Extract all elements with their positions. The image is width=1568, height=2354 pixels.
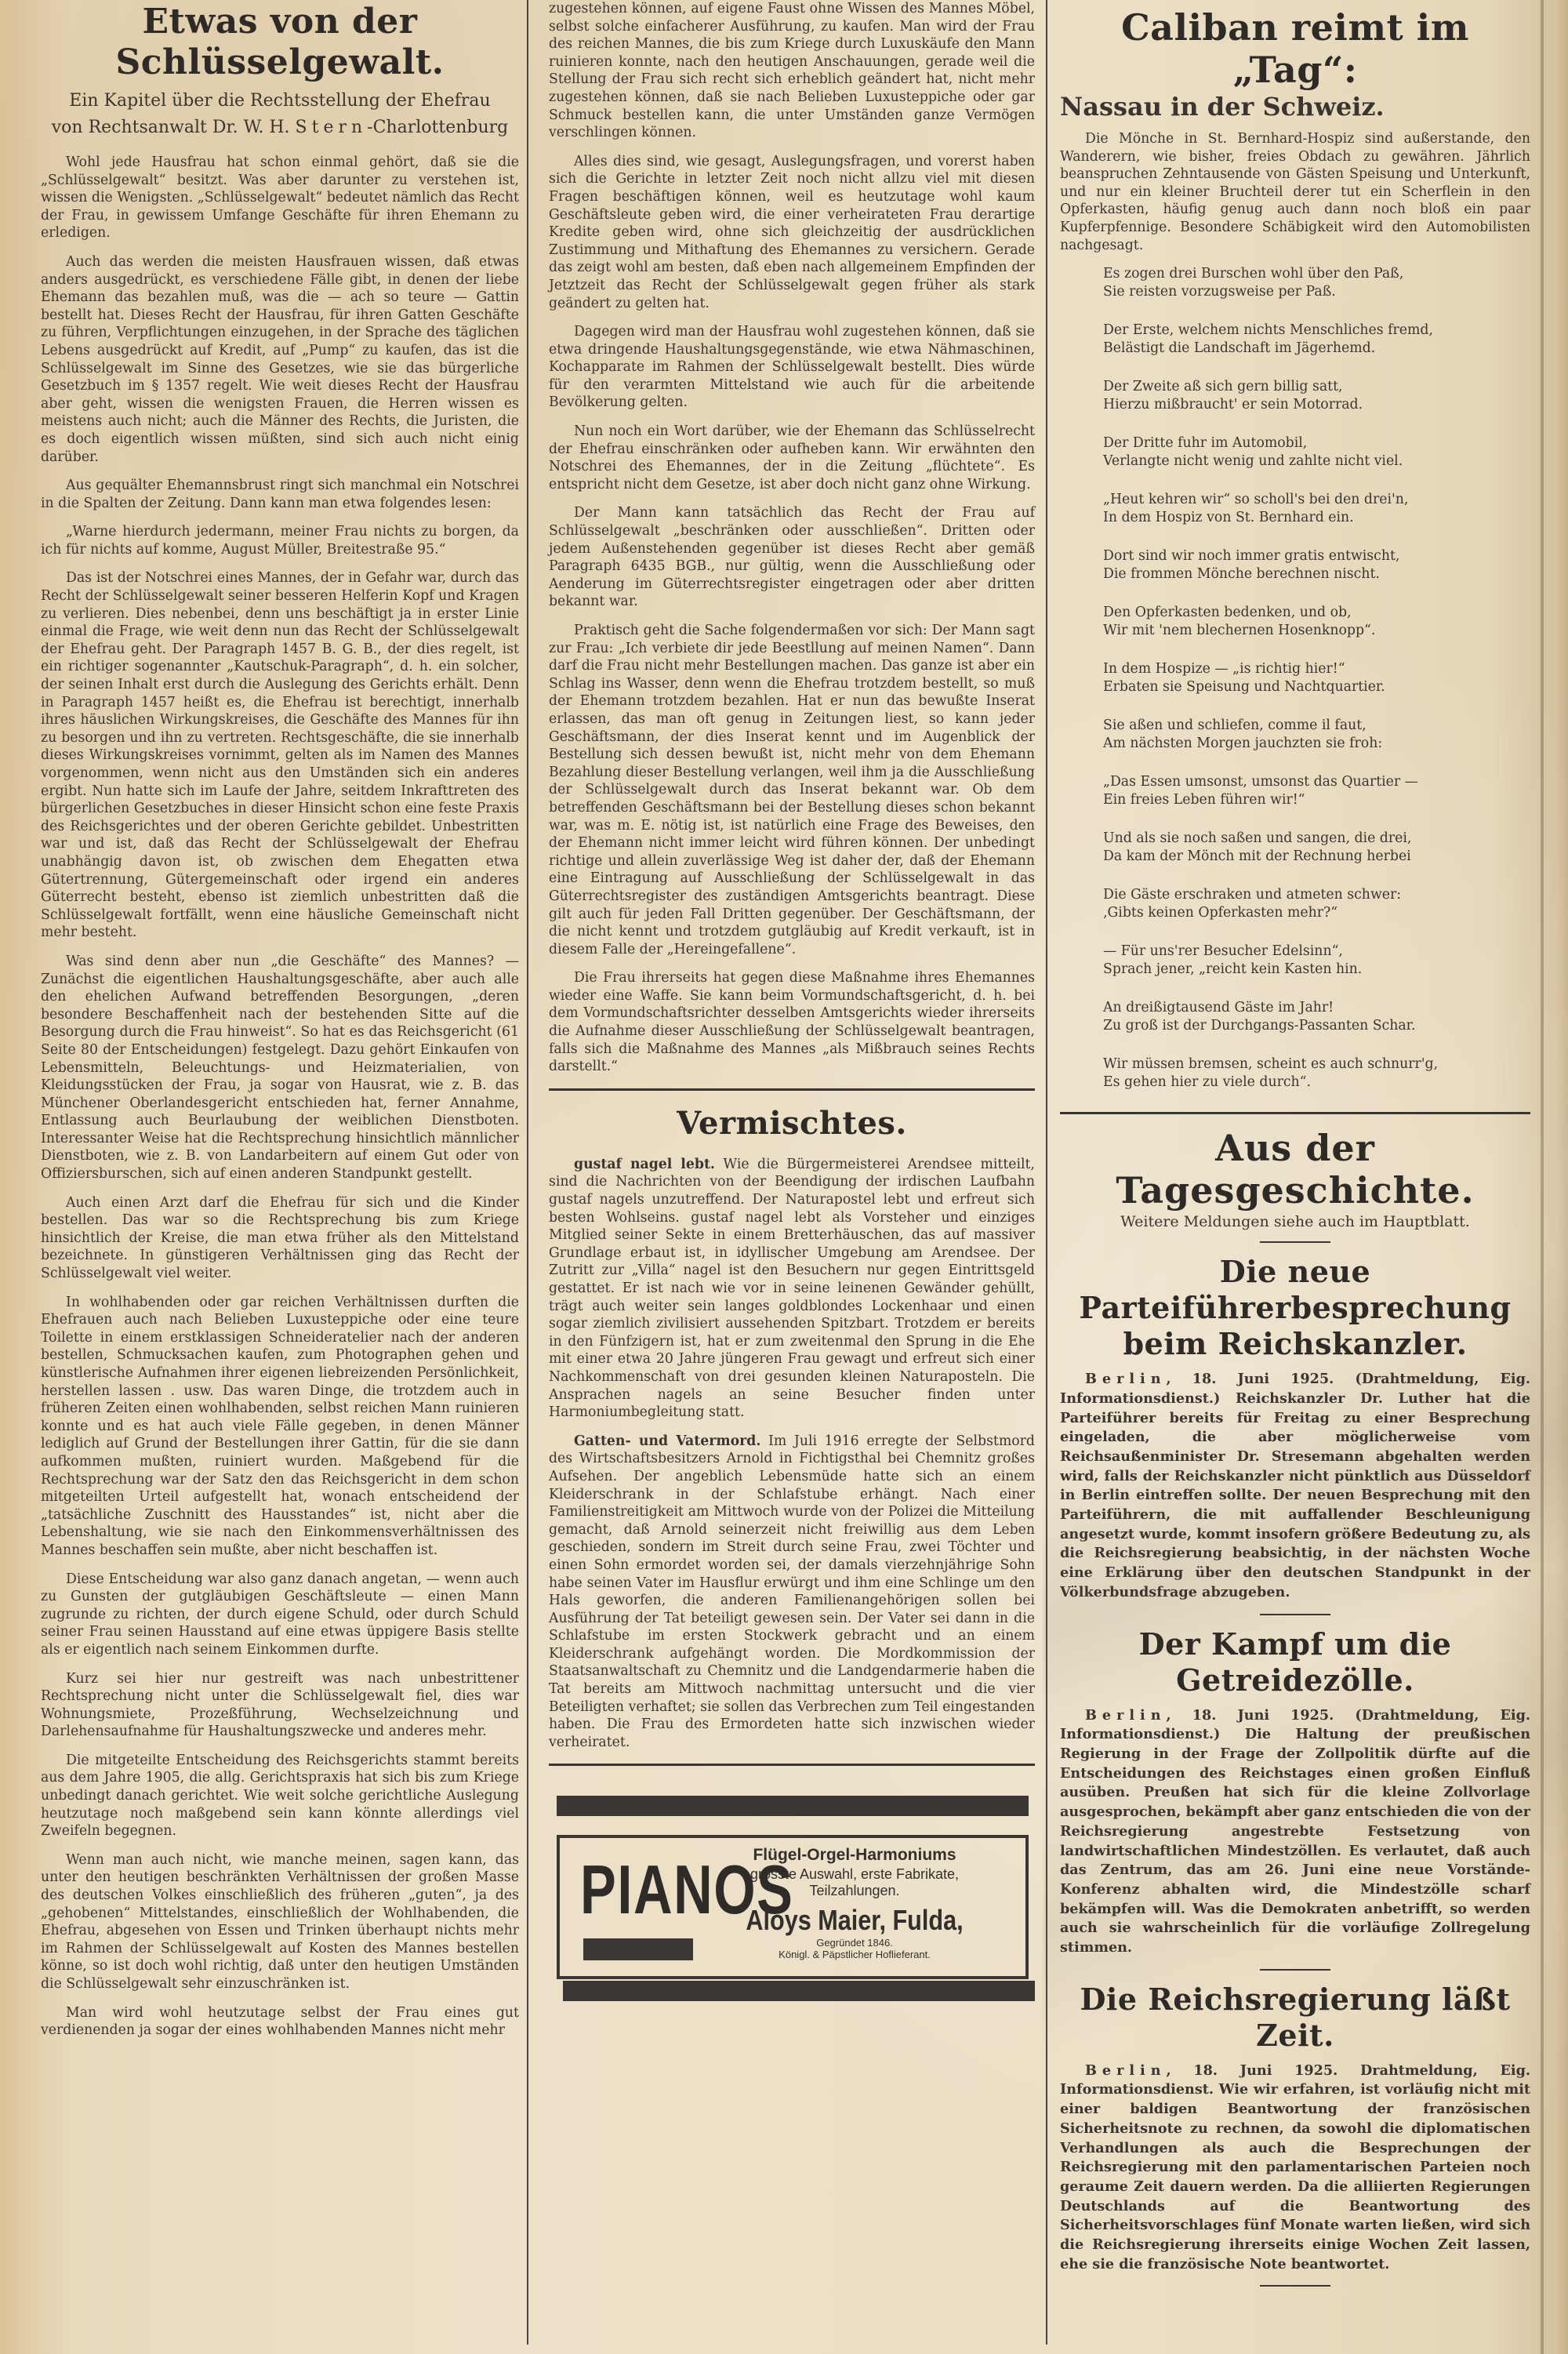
section-divider	[1060, 1112, 1530, 1114]
article-continuation: Praktisch geht die Sache folgendermaßen …	[549, 622, 1035, 958]
news-dateline: Berlin	[1085, 1371, 1167, 1387]
article-continuation: zugestehen können, auf eigene Faust ohne…	[549, 0, 1035, 142]
article-paragraph: Was sind denn aber nun „die Geschäfte“ d…	[41, 953, 519, 1183]
poem-line: Ein freies Leben führen wir!“	[1103, 791, 1530, 809]
article-quote: „Warne hierdurch jedermann, meiner Frau …	[41, 523, 519, 558]
byline-prefix: von Rechtsanwalt Dr. W. H.	[52, 118, 290, 137]
ad-frame: PIANOS Flügel-Orgel-Harmoniums grösste A…	[557, 1835, 1029, 1979]
poem-line: Es zogen drei Burschen wohl über den Paß…	[1103, 265, 1530, 283]
byline-place: -Charlottenburg	[367, 118, 508, 137]
news-section-title: Aus der Tagesgeschichte.	[1060, 1127, 1530, 1212]
poem-stanzas: Es zogen drei Burschen wohl über den Paß…	[1060, 265, 1530, 1092]
article-continuation: Die Frau ihrerseits hat gegen diese Maßn…	[549, 969, 1035, 1076]
poem-line: Der Dritte fuhr im Automobil,	[1103, 434, 1530, 452]
poem-stanza: An dreißigtausend Gäste im Jahr!Zu groß …	[1103, 999, 1530, 1035]
misc-item: gustaf nagel lebt. Wie die Bürgermeister…	[549, 1156, 1035, 1422]
article-continuation: Nun noch ein Wort darüber, wie der Ehema…	[549, 423, 1035, 493]
news-text: (Drahtmeldung, Eig. Informationsdienst.)…	[1060, 1707, 1530, 1956]
poem-subtitle: Nassau in der Schweiz.	[1060, 91, 1530, 122]
misc-item-text: Im Juli 1916 erregte der Selbstmord des …	[549, 1433, 1035, 1750]
article-paragraph: Auch einen Arzt darf die Ehefrau für sic…	[41, 1194, 519, 1283]
poem-line: Es gehen hier zu viele durch“.	[1103, 1073, 1530, 1092]
poem-line: Hierzu mißbraucht' er sein Motorrad.	[1103, 396, 1530, 414]
poem-line: — Für uns'rer Besucher Edelsinn“,	[1103, 943, 1530, 961]
poem-stanza: Sie aßen und schliefen, comme il faut,Am…	[1103, 717, 1530, 753]
section-divider	[549, 1764, 1035, 1766]
misc-item-lead: gustaf nagel lebt.	[574, 1157, 715, 1172]
poem-line: Sie reisten vorzugsweise per Paß.	[1103, 283, 1530, 301]
misc-item-text: Wie die Bürgermeisterei Arendsee mitteil…	[549, 1157, 1035, 1420]
article-paragraph: Die mitgeteilte Entscheidung des Reichsg…	[41, 1752, 519, 1840]
news-article: Die Reichsregierung läßt Zeit. Berlin, 1…	[1060, 1982, 1530, 2275]
article-paragraph: Wohl jede Hausfrau hat schon einmal gehö…	[41, 154, 519, 242]
article-paragraph: Man wird wohl heutzutage selbst der Frau…	[41, 2004, 519, 2040]
ad-purveyor: Königl. & Päpstlicher Hoflieferant.	[699, 1949, 1010, 1960]
poem-stanza: „Heut kehren wir“ so scholl's bei den dr…	[1103, 491, 1530, 527]
poem-line: Zu groß ist der Durchgangs-Passanten Sch…	[1103, 1017, 1530, 1035]
news-body: Berlin, 18. Juni 1925. (Drahtmeldung, Ei…	[1060, 1370, 1530, 1602]
divider	[1260, 1241, 1330, 1243]
column-rule	[1046, 0, 1047, 2345]
poem-stanza: — Für uns'rer Besucher Edelsinn“,Sprach …	[1103, 943, 1530, 979]
article-byline: von Rechtsanwalt Dr. W. H. Stern-Charlot…	[41, 116, 519, 140]
poem-title: Caliban reimt im „Tag“:	[1060, 6, 1530, 91]
column-3: Caliban reimt im „Tag“: Nassau in der Sc…	[1060, 0, 1530, 2298]
poem-line: In dem Hospize — „is richtig hier!“	[1103, 660, 1530, 678]
page-fold	[1541, 0, 1544, 2354]
news-title: Der Kampf um die Getreidezölle.	[1060, 1626, 1530, 1698]
ad-founded: Gegründet 1846.	[699, 1937, 1010, 1949]
news-dateline: Berlin	[1085, 1707, 1167, 1724]
poem-stanza: In dem Hospize — „is richtig hier!“Erbat…	[1103, 660, 1530, 696]
column-1: Etwas von der Schlüsselgewalt. Ein Kapit…	[41, 0, 519, 2051]
poem-stanza: Wir müssen bremsen, scheint es auch schn…	[1103, 1055, 1530, 1092]
ad-bar	[557, 1796, 1029, 1816]
news-dateline: Berlin	[1085, 2062, 1167, 2079]
ad-bar	[563, 1981, 1035, 2001]
ad-details: Flügel-Orgel-Harmoniums grösste Auswahl,…	[699, 1846, 1010, 1960]
article-continuation: Dagegen wird man der Hausfrau wohl zuges…	[549, 323, 1035, 412]
ad-payment: Teilzahlungen.	[699, 1883, 1010, 1899]
poem-line: „Heut kehren wir“ so scholl's bei den dr…	[1103, 491, 1530, 509]
news-text: Drahtmeldung, Eig. Informationsdienst. W…	[1060, 2062, 1530, 2272]
poem-line: Sie aßen und schliefen, comme il faut,	[1103, 717, 1530, 735]
divider	[1260, 2285, 1330, 2287]
poem-line: Erbaten sie Speisung und Nachtquartier.	[1103, 678, 1530, 696]
news-title: Die neue Parteiführerbesprechung beim Re…	[1060, 1254, 1530, 1362]
divider	[1260, 1969, 1330, 1971]
poem-stanza: Der Erste, welchem nichts Menschliches f…	[1103, 321, 1530, 358]
poem-line: Und als sie noch saßen und sangen, die d…	[1103, 830, 1530, 848]
divider	[1260, 1614, 1330, 1615]
poem-stanza: Und als sie noch saßen und sangen, die d…	[1103, 830, 1530, 866]
piano-advertisement: PIANOS Flügel-Orgel-Harmoniums grösste A…	[549, 1789, 1035, 1993]
news-section-subtitle: Weitere Meldungen siehe auch im Hauptbla…	[1060, 1213, 1530, 1230]
poem-stanza: Es zogen drei Burschen wohl über den Paß…	[1103, 265, 1530, 301]
poem-line: Am nächsten Morgen jauchzten sie froh:	[1103, 735, 1530, 753]
news-title: Die Reichsregierung läßt Zeit.	[1060, 1982, 1530, 2054]
poem-line: Den Opferkasten bedenken, und ob,	[1103, 604, 1530, 622]
news-article: Die neue Parteiführerbesprechung beim Re…	[1060, 1254, 1530, 1602]
poem-line: Dort sind wir noch immer gratis entwisch…	[1103, 547, 1530, 565]
poem-line: „Das Essen umsonst, umsonst das Quartier…	[1103, 773, 1530, 791]
vermischtes-title: Vermischtes.	[549, 1105, 1035, 1142]
misc-item: Gatten- und Vatermord. Im Juli 1916 erre…	[549, 1433, 1035, 1752]
byline-name: Stern	[296, 118, 368, 137]
poem-stanza: Der Dritte fuhr im Automobil,Verlangte n…	[1103, 434, 1530, 470]
ad-products: Flügel-Orgel-Harmoniums	[699, 1846, 1010, 1865]
ad-selection: grösste Auswahl, erste Fabrikate,	[699, 1866, 1010, 1883]
misc-item-lead: Gatten- und Vatermord.	[574, 1433, 760, 1449]
poem-stanza: „Das Essen umsonst, umsonst das Quartier…	[1103, 773, 1530, 809]
poem-line: In dem Hospiz von St. Bernhard ein.	[1103, 509, 1530, 527]
poem-line: Die Gäste erschraken und atmeten schwer:	[1103, 886, 1530, 904]
poem-line: Die frommen Mönche berechnen nischt.	[1103, 565, 1530, 583]
poem-line: Da kam der Mönch mit der Rechnung herbei	[1103, 848, 1530, 866]
poem-line: Der Erste, welchem nichts Menschliches f…	[1103, 321, 1530, 340]
news-body: Berlin, 18. Juni 1925. (Drahtmeldung, Ei…	[1060, 1706, 1530, 1958]
article-continuation: Alles dies sind, wie gesagt, Auslegungsf…	[549, 153, 1035, 312]
news-text: (Drahtmeldung, Eig. Informationsdienst.)…	[1060, 1371, 1530, 1600]
poem-line: Verlangte nicht wenig und zahlte nicht v…	[1103, 452, 1530, 470]
poem-line: Sprach jener, „reicht kein Kasten hin.	[1103, 961, 1530, 979]
news-date: , 18. Juni 1925.	[1167, 1707, 1334, 1724]
article-subtitle: Ein Kapitel über die Rechtsstellung der …	[41, 89, 519, 113]
poem-intro: Die Mönche in St. Bernhard-Hospiz sind a…	[1060, 130, 1530, 254]
poem-stanza: Dort sind wir noch immer gratis entwisch…	[1103, 547, 1530, 583]
section-divider	[549, 1088, 1035, 1091]
article-paragraph: Auch das werden die meisten Hausfrauen w…	[41, 253, 519, 466]
article-paragraph: Das ist der Notschrei eines Mannes, der …	[41, 569, 519, 941]
column-rule	[527, 0, 528, 2345]
news-article: Der Kampf um die Getreidezölle. Berlin, …	[1060, 1626, 1530, 1958]
poem-line: An dreißigtausend Gäste im Jahr!	[1103, 999, 1530, 1017]
article-paragraph: Wenn man auch nicht, wie manche meinen, …	[41, 1851, 519, 1993]
article-paragraph: In wohlhabenden oder gar reichen Verhält…	[41, 1294, 519, 1560]
news-body: Berlin, 18. Juni 1925. Drahtmeldung, Eig…	[1060, 2062, 1530, 2275]
news-date: , 18. Juni 1925.	[1167, 2062, 1338, 2079]
news-date: , 18. Juni 1925.	[1167, 1371, 1334, 1387]
poem-line: Der Zweite aß sich gern billig satt,	[1103, 378, 1530, 396]
poem-line: Wir mit 'nem blechernen Hosenknopp“.	[1103, 622, 1530, 640]
column-2: zugestehen können, auf eigene Faust ohne…	[549, 0, 1035, 1993]
article-continuation: Der Mann kann tatsächlich das Recht der …	[549, 504, 1035, 611]
poem-line: Belästigt die Landschaft im Jägerhemd.	[1103, 340, 1530, 358]
poem-stanza: Der Zweite aß sich gern billig satt,Hier…	[1103, 378, 1530, 414]
poem-stanza: Die Gäste erschraken und atmeten schwer:…	[1103, 886, 1530, 922]
article-title: Etwas von der Schlüsselgewalt.	[41, 0, 519, 83]
article-paragraph: Diese Entscheidung war also ganz danach …	[41, 1571, 519, 1659]
ad-company: Aloys Maier, Fulda,	[723, 1904, 987, 1937]
poem-line: Wir müssen bremsen, scheint es auch schn…	[1103, 1055, 1530, 1073]
ad-bar	[583, 1938, 693, 1960]
article-paragraph: Kurz sei hier nur gestreift was nach unb…	[41, 1670, 519, 1741]
poem-stanza: Den Opferkasten bedenken, und ob,Wir mit…	[1103, 604, 1530, 640]
poem-line: ‚Gibts keinen Opferkasten mehr?“	[1103, 904, 1530, 922]
article-paragraph: Aus gequälter Ehemannsbrust ringt sich m…	[41, 477, 519, 512]
newspaper-page: Etwas von der Schlüsselgewalt. Ein Kapit…	[0, 0, 1568, 2354]
